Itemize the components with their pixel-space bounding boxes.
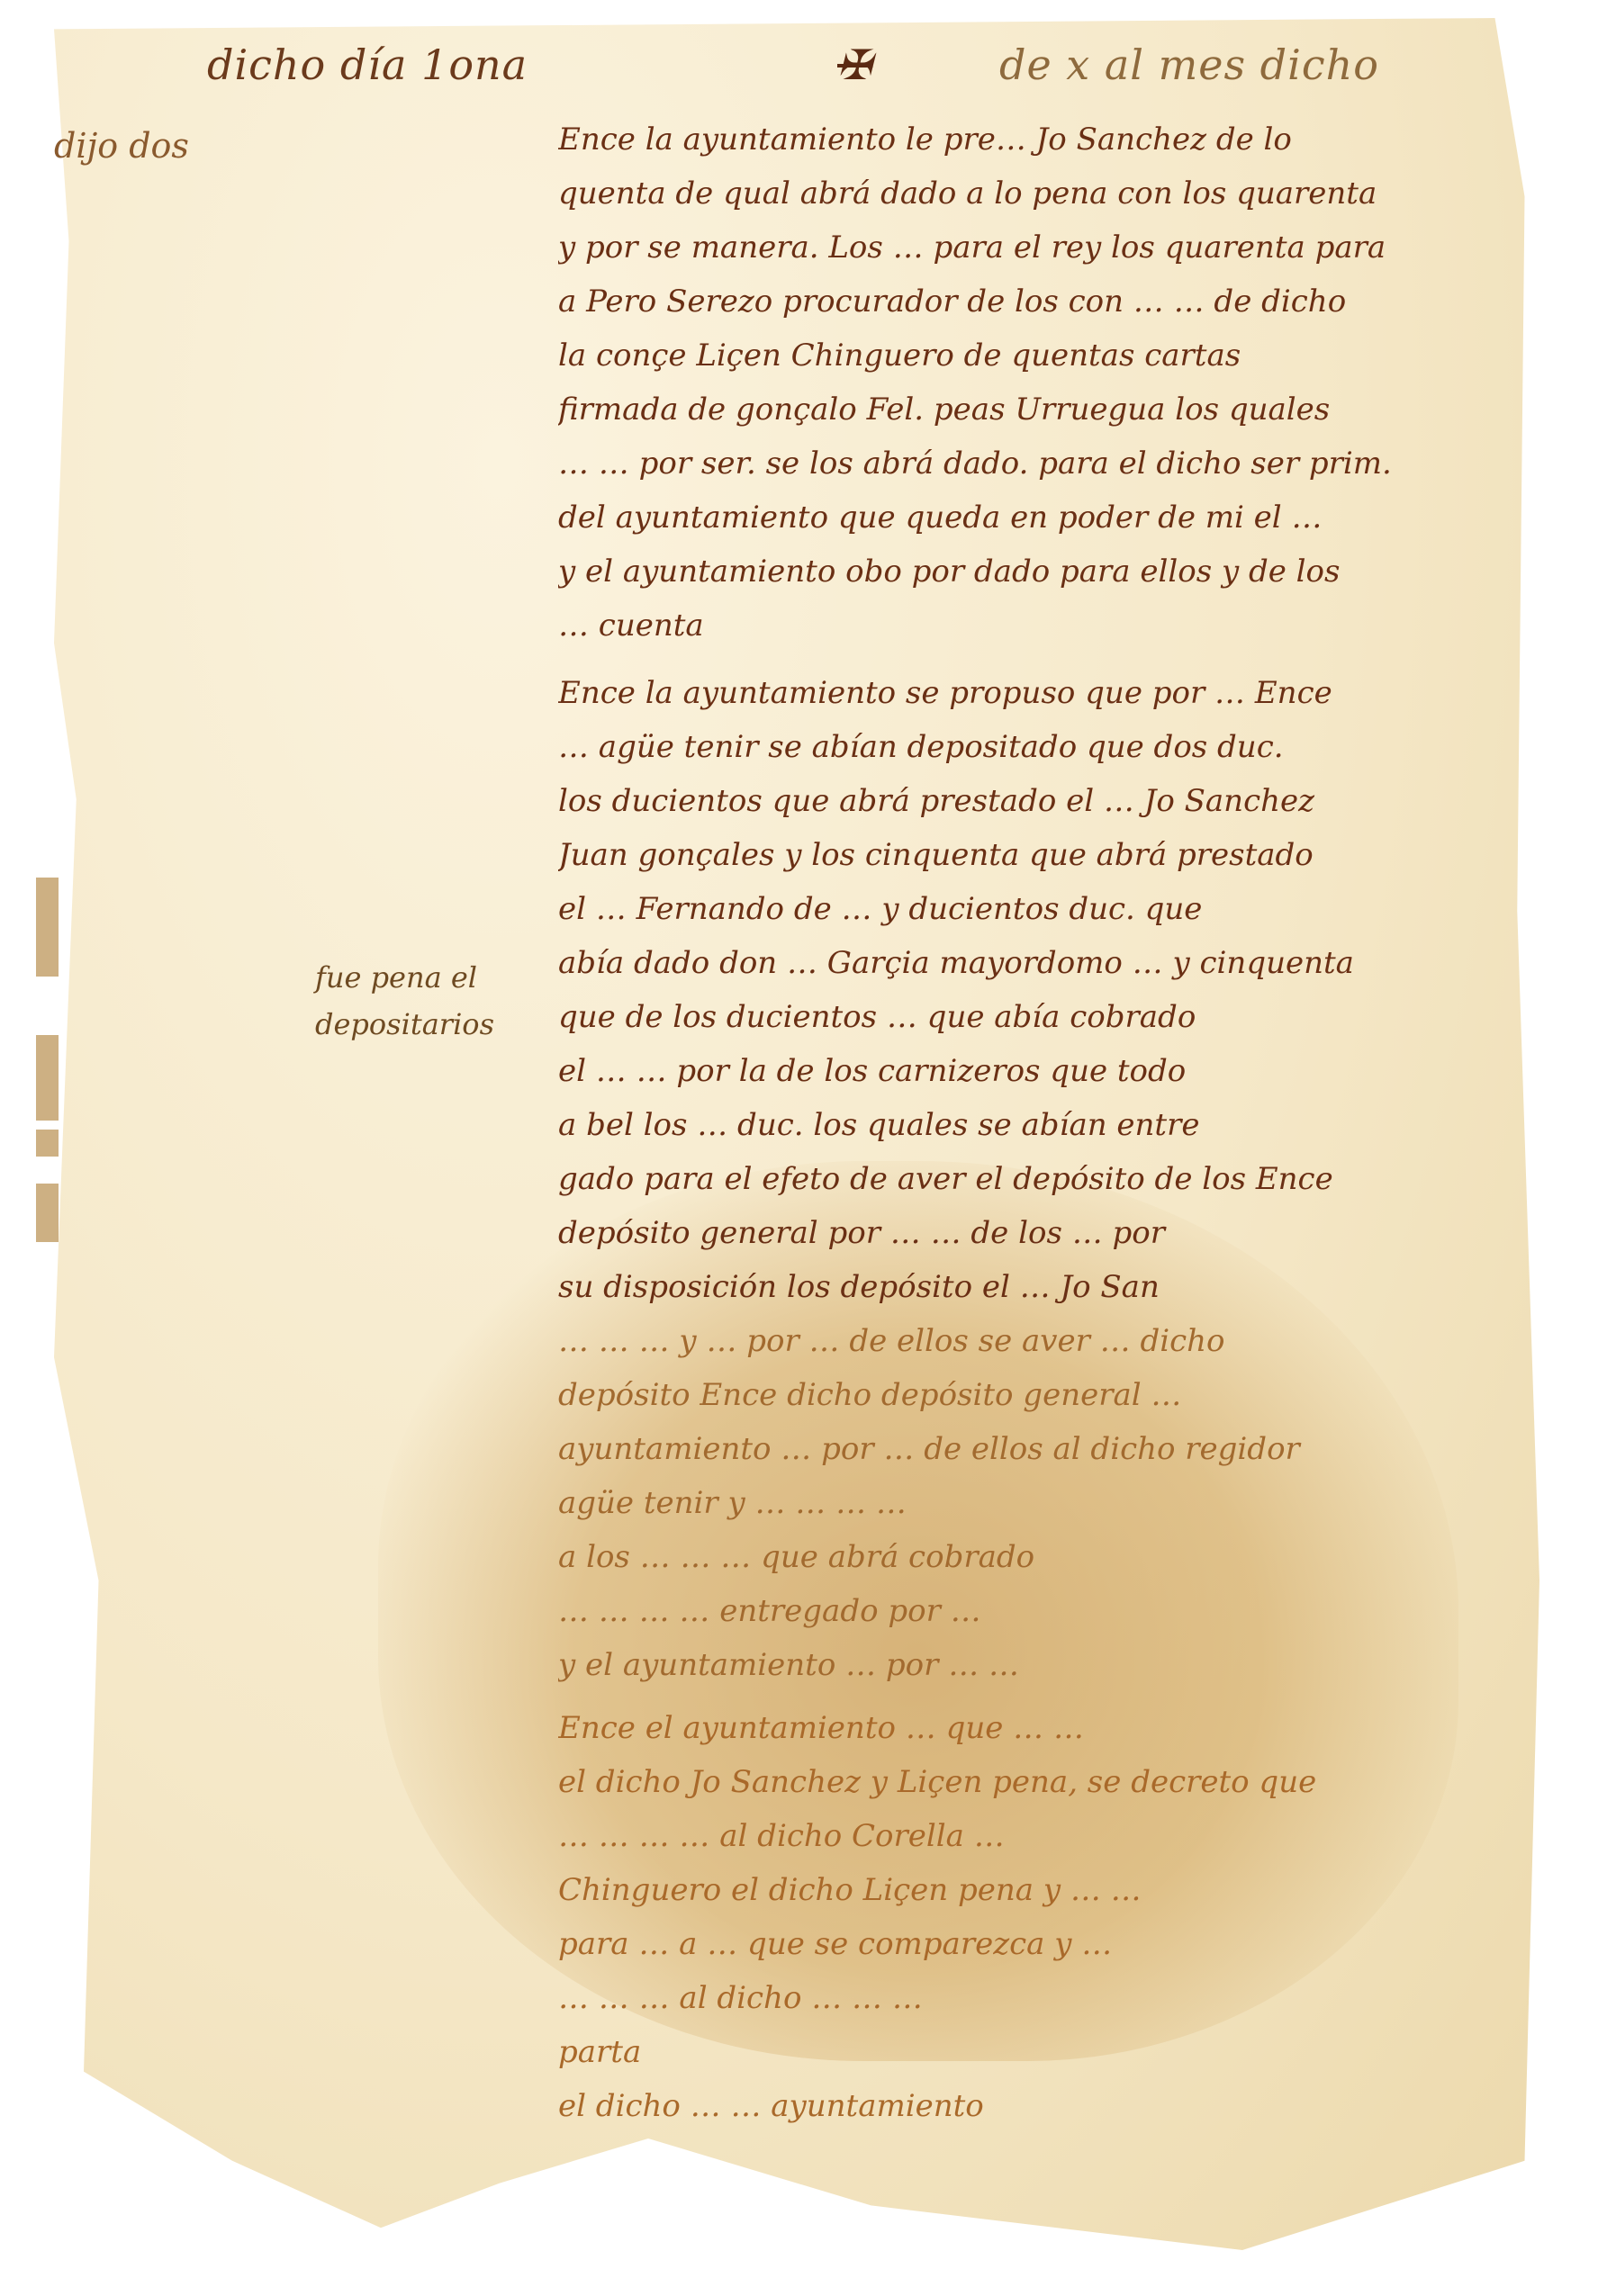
text-line: a bel los … duc. los quales se abían ent…: [558, 1098, 1530, 1152]
text-line: … agüe tenir se abían depositado que dos…: [558, 720, 1530, 774]
text-line: Ence la ayuntamiento le pre… Jo Sanchez …: [558, 113, 1530, 167]
text-line: ayuntamiento … por … de ellos al dicho r…: [558, 1422, 1530, 1476]
text-line: y por se manera. Los … para el rey los q…: [558, 221, 1530, 275]
text-line: … … por ser. se los abrá dado. para el d…: [558, 437, 1530, 491]
text-line: para … a … que se comparezca y …: [558, 1917, 1530, 1971]
text-line: la conçe Liçen Chinguero de quentas cart…: [558, 329, 1530, 383]
text-line: parta: [558, 2025, 1530, 2079]
text-line: y el ayuntamiento … por … …: [558, 1638, 1530, 1692]
text-line: del ayuntamiento que queda en poder de m…: [558, 491, 1530, 545]
heading-left: dicho día 1ona: [207, 41, 528, 89]
paragraph-2: Ence la ayuntamiento se propuso que por …: [558, 666, 1530, 1692]
text-line: a los … … … que abrá cobrado: [558, 1530, 1530, 1584]
text-line: Juan gonçales y los cinquenta que abrá p…: [558, 828, 1530, 882]
text-line: el … … por la de los carnizeros que todo: [558, 1044, 1530, 1098]
heading-right: de x al mes dicho: [999, 41, 1379, 89]
text-line: el … Fernando de … y ducientos duc. que: [558, 882, 1530, 936]
text-line: gado para el efeto de aver el depósito d…: [558, 1152, 1530, 1206]
torn-edge-tab: [36, 878, 59, 977]
text-line: … … … y … por … de ellos se aver … dicho: [558, 1314, 1530, 1368]
paragraph-3: Ence el ayuntamiento … que … … el dicho …: [558, 1701, 1530, 2133]
margin-note: fue pena el depositarios: [315, 954, 494, 1048]
text-line: … … … … entregado por …: [558, 1584, 1530, 1638]
text-line: a Pero Serezo procurador de los con … … …: [558, 275, 1530, 329]
text-line: Ence el ayuntamiento … que … …: [558, 1701, 1530, 1755]
text-line: su disposición los depósito el … Jo San: [558, 1260, 1530, 1314]
margin-note-top: dijo dos: [54, 126, 189, 166]
paragraph-1: Ence la ayuntamiento le pre… Jo Sanchez …: [558, 113, 1530, 653]
text-line: agüe tenir y … … … …: [558, 1476, 1530, 1530]
page-heading: dicho día 1ona ✠ de x al mes dicho: [207, 41, 528, 89]
text-line: depósito general por … … de los … por: [558, 1206, 1530, 1260]
torn-edge-tab: [36, 1035, 59, 1121]
margin-note-line: depositarios: [315, 1001, 494, 1048]
text-line: … … … al dicho … … …: [558, 1971, 1530, 2025]
text-line: firmada de gonçalo Fel. peas Urruegua lo…: [558, 383, 1530, 437]
text-line: y el ayuntamiento obo por dado para ello…: [558, 545, 1530, 599]
text-line: Ence la ayuntamiento se propuso que por …: [558, 666, 1530, 720]
torn-edge-tab: [36, 1130, 59, 1157]
margin-note-line: fue pena el: [315, 954, 494, 1001]
text-line: … … … … al dicho Corella …: [558, 1809, 1530, 1863]
text-line: que de los ducientos … que abía cobrado: [558, 990, 1530, 1044]
text-line: abía dado don … Garçia mayordomo … y cin…: [558, 936, 1530, 990]
text-line: el dicho Jo Sanchez y Liçen pena, se dec…: [558, 1755, 1530, 1809]
text-line: Chinguero el dicho Liçen pena y … …: [558, 1863, 1530, 1917]
text-line: … cuenta: [558, 599, 1530, 653]
text-line: los ducientos que abrá prestado el … Jo …: [558, 774, 1530, 828]
torn-edge-tab: [36, 1184, 59, 1242]
cross-mark-icon: ✠: [837, 41, 873, 89]
text-line: quenta de qual abrá dado a lo pena con l…: [558, 167, 1530, 221]
text-line: depósito Ence dicho depósito general …: [558, 1368, 1530, 1422]
text-line: el dicho … … ayuntamiento: [558, 2079, 1530, 2133]
